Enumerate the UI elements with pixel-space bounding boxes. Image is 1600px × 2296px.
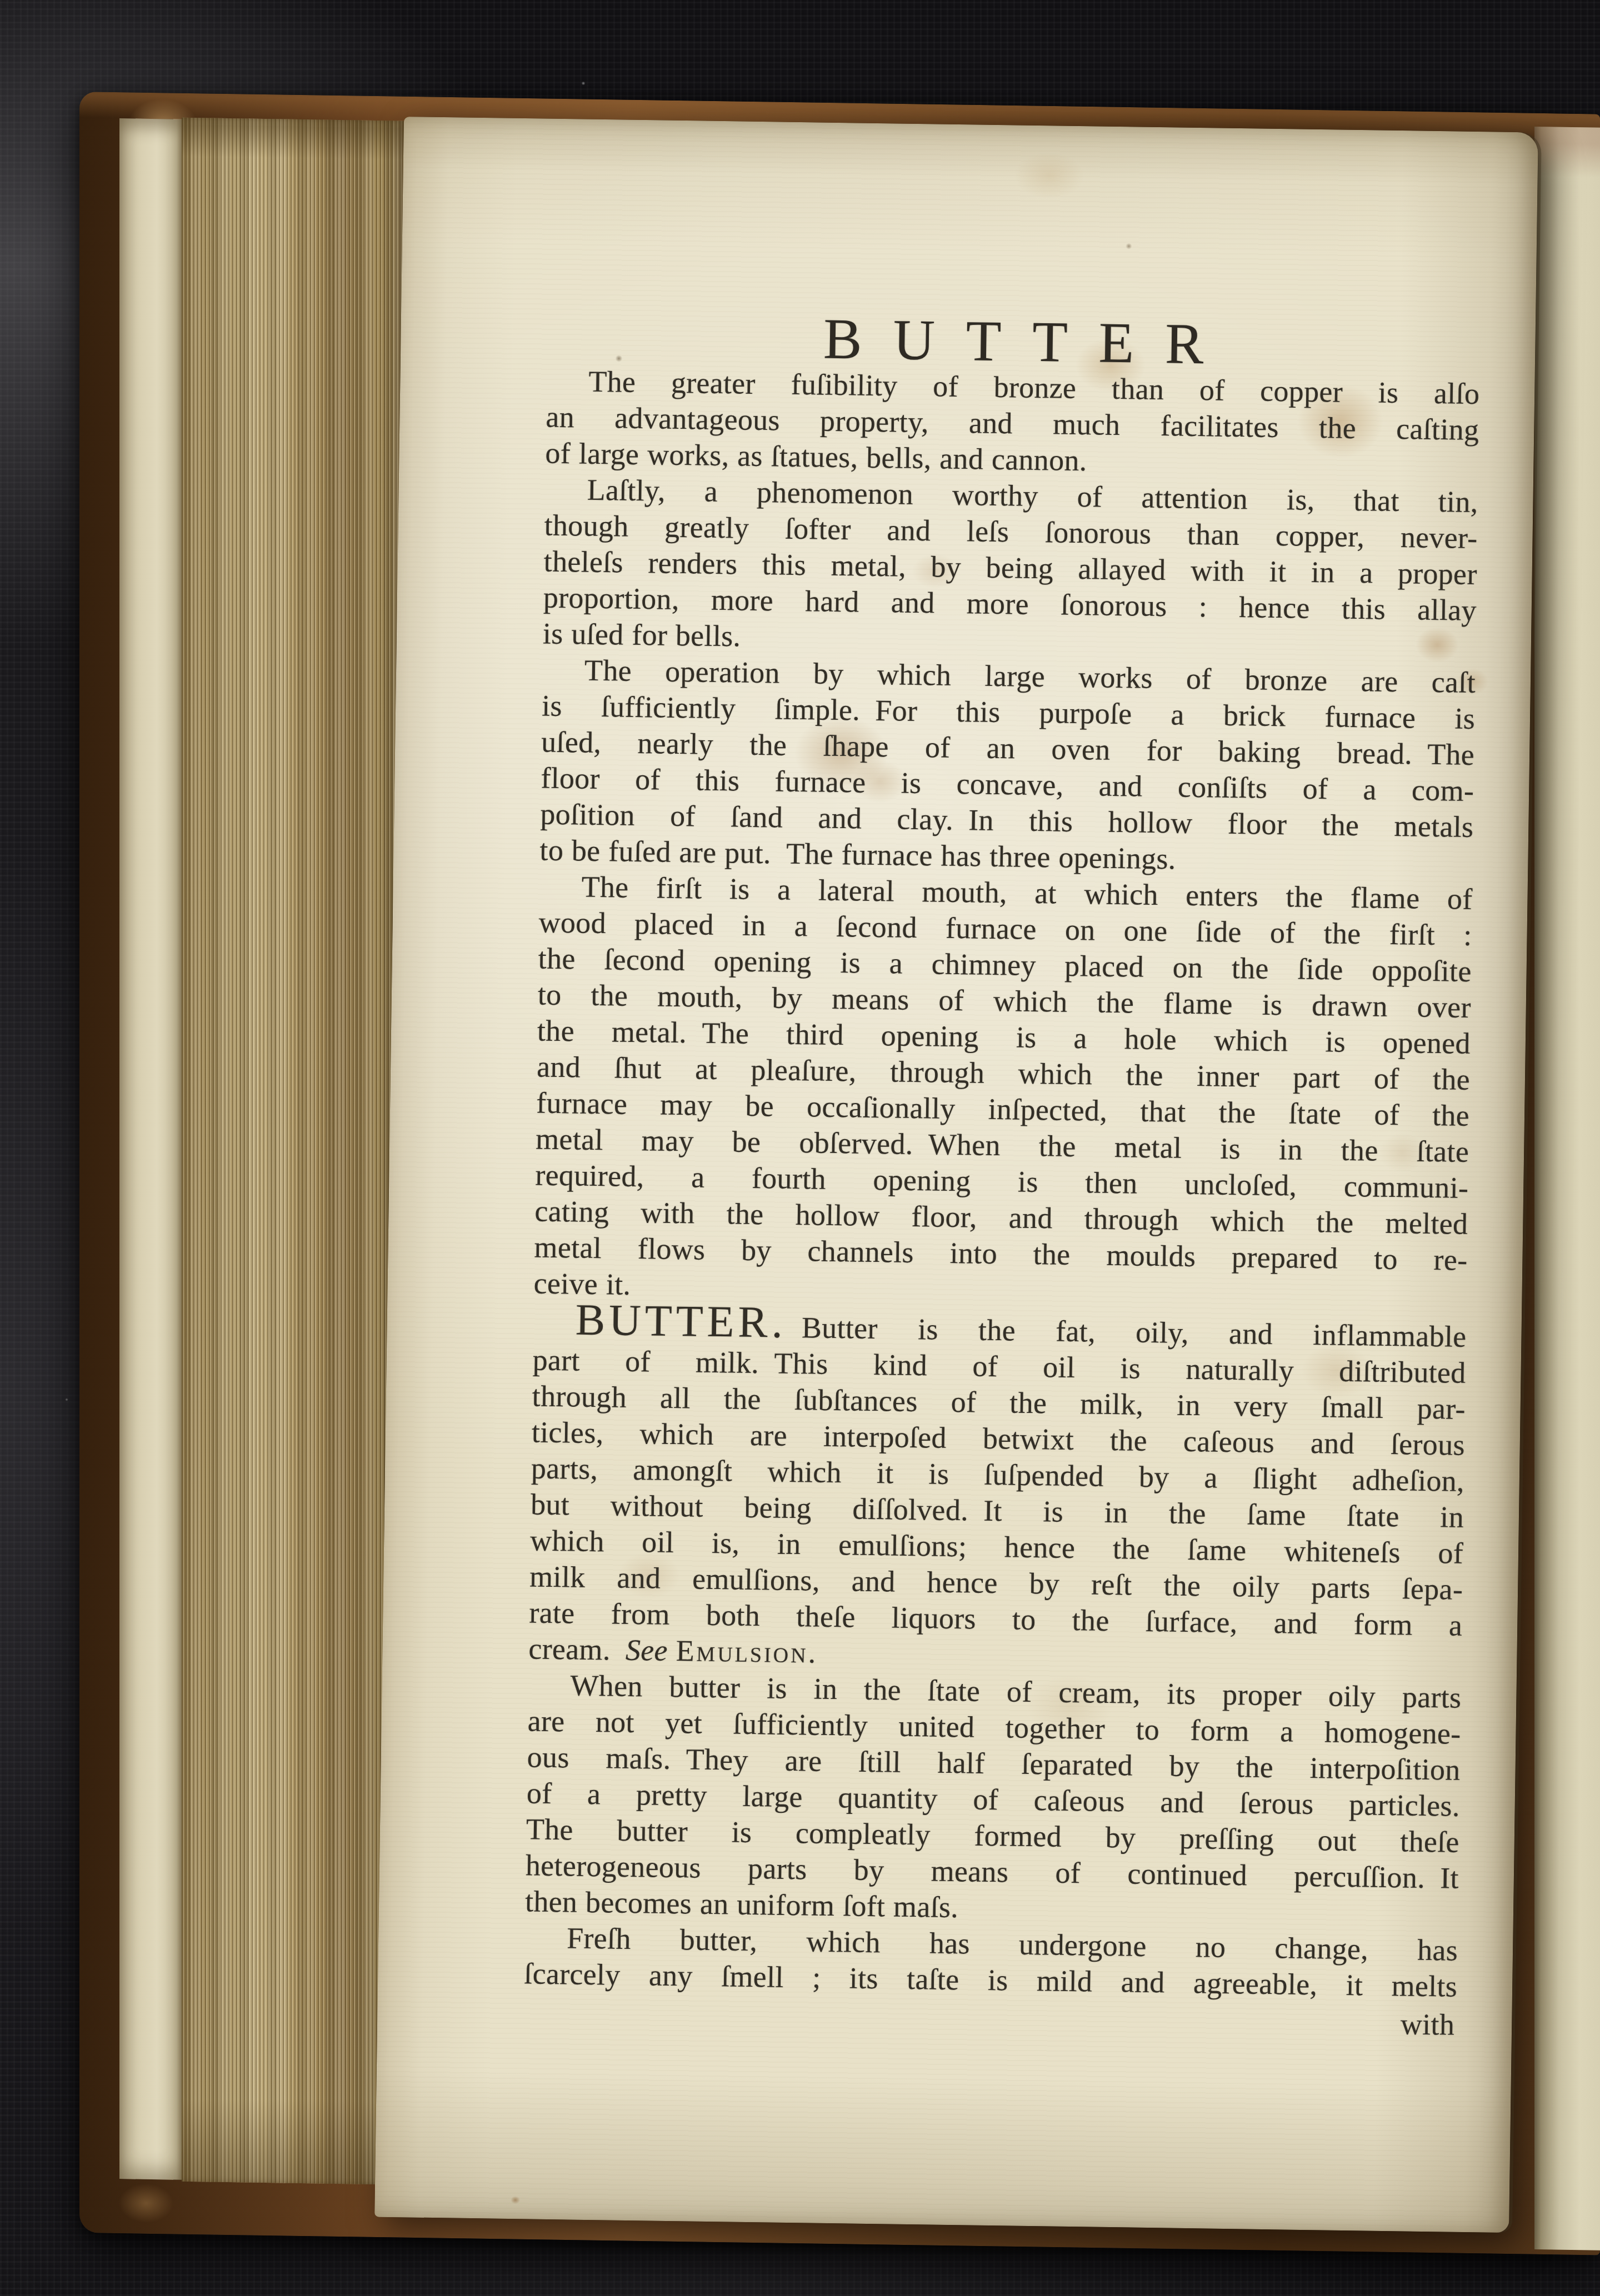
printed-text-block: BUTTER The greater fuſibility of bronze … [523, 307, 1481, 2043]
paragraph: BUTTER. Butter is the fat, oily, and inf… [528, 1301, 1467, 1680]
flyleaf-edge [119, 118, 182, 2180]
paragraphs-container: The greater fuſibility of bronze than of… [524, 363, 1480, 2005]
italic-text: See [626, 1633, 668, 1667]
headword: BUTTER. [575, 1296, 787, 1347]
paragraph: The operation by which large works of br… [539, 652, 1476, 881]
text-segment: cream. [528, 1632, 626, 1666]
paragraph: The firſt is a lateral mouth, at which e… [533, 869, 1473, 1315]
book-page: BUTTER The greater fuſibility of bronze … [374, 117, 1538, 2233]
smallcaps-text: Emulsion. [676, 1634, 818, 1670]
adjacent-page-edge [1534, 127, 1600, 2250]
paragraph: Laſtly, a phenomenon worthy of attention… [543, 472, 1478, 665]
paragraph: When butter is in the ſtate of cream, it… [525, 1667, 1462, 1932]
page-block-fore-edge [182, 118, 404, 2185]
catchword: with [1401, 2007, 1455, 2041]
paragraph: Freſh butter, which has undergone no cha… [524, 1919, 1458, 2004]
text-segment [667, 1634, 676, 1667]
paragraph: The greater fuſibility of bronze than of… [545, 363, 1480, 484]
